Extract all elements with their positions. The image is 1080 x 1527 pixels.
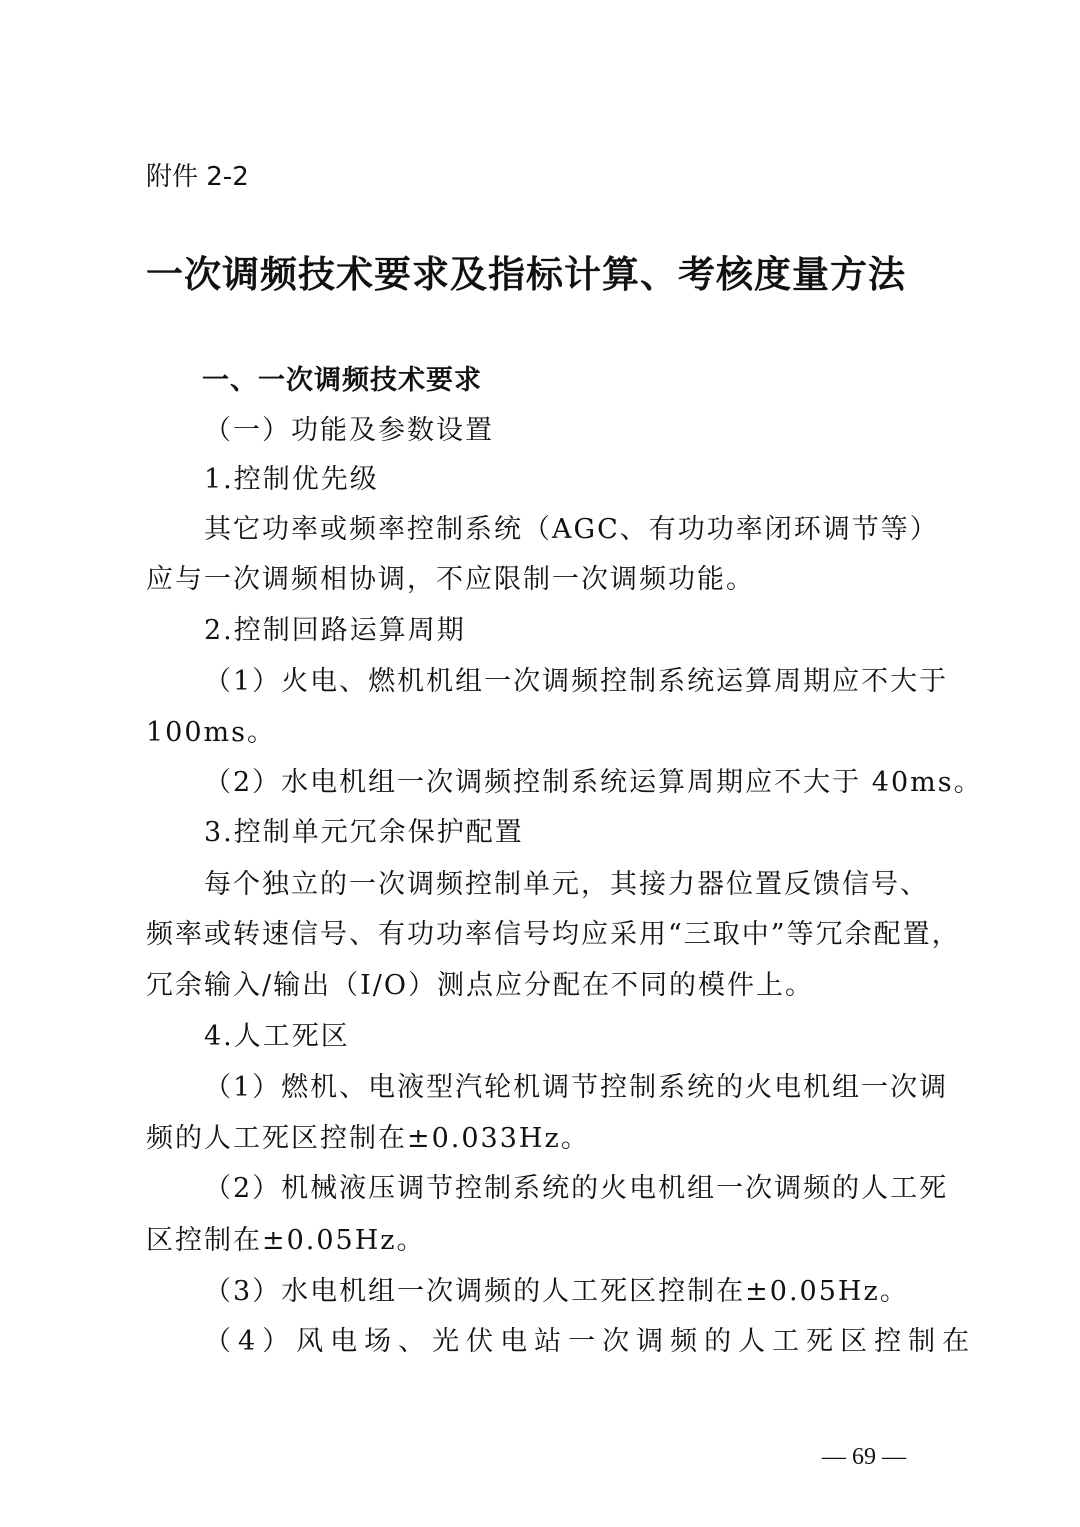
attachment-label: 附件 2-2 xyxy=(146,160,249,194)
paragraph-line: 频的人工死区控制在±0.033Hz。 xyxy=(146,1122,590,1156)
paragraph-line: 应与一次调频相协调，不应限制一次调频功能。 xyxy=(146,563,755,597)
subsection-heading: （一）功能及参数设置 xyxy=(204,414,494,448)
paragraph-line: （1）燃机、电液型汽轮机调节控制系统的火电机组一次调 xyxy=(204,1071,948,1105)
paragraph-line: （4）风电场、光伏电站一次调频的人工死区控制在 xyxy=(204,1325,976,1359)
section-heading: 一、一次调频技术要求 xyxy=(202,364,482,398)
page-number: — 69 — xyxy=(822,1442,906,1472)
paragraph-line: 每个独立的一次调频控制单元，其接力器位置反馈信号、 xyxy=(204,868,929,902)
document-title: 一次调频技术要求及指标计算、考核度量方法 xyxy=(146,252,906,298)
paragraph-line: （1）火电、燃机机组一次调频控制系统运算周期应不大于 xyxy=(204,665,948,699)
paragraph-line: （2）水电机组一次调频控制系统运算周期应不大于 40ms。 xyxy=(204,766,983,800)
paragraph-line: （2）机械液压调节控制系统的火电机组一次调频的人工死 xyxy=(204,1172,948,1206)
paragraph-line: 100ms。 xyxy=(146,716,276,750)
item-heading: 2.控制回路运算周期 xyxy=(204,614,466,648)
item-heading: 3.控制单元冗余保护配置 xyxy=(204,816,524,850)
paragraph-line: 区控制在±0.05Hz。 xyxy=(146,1224,426,1258)
paragraph-line: 冗余输入/输出（I/O）测点应分配在不同的模件上。 xyxy=(146,969,814,1003)
item-heading: 4.人工死区 xyxy=(204,1020,350,1054)
item-heading: 1.控制优先级 xyxy=(204,463,379,497)
paragraph-line: （3）水电机组一次调频的人工死区控制在±0.05Hz。 xyxy=(204,1275,909,1309)
paragraph-line: 频率或转速信号、有功功率信号均应采用“三取中”等冗余配置， xyxy=(146,918,961,952)
paragraph-line: 其它功率或频率控制系统（AGC、有功功率闭环调节等） xyxy=(204,513,939,547)
